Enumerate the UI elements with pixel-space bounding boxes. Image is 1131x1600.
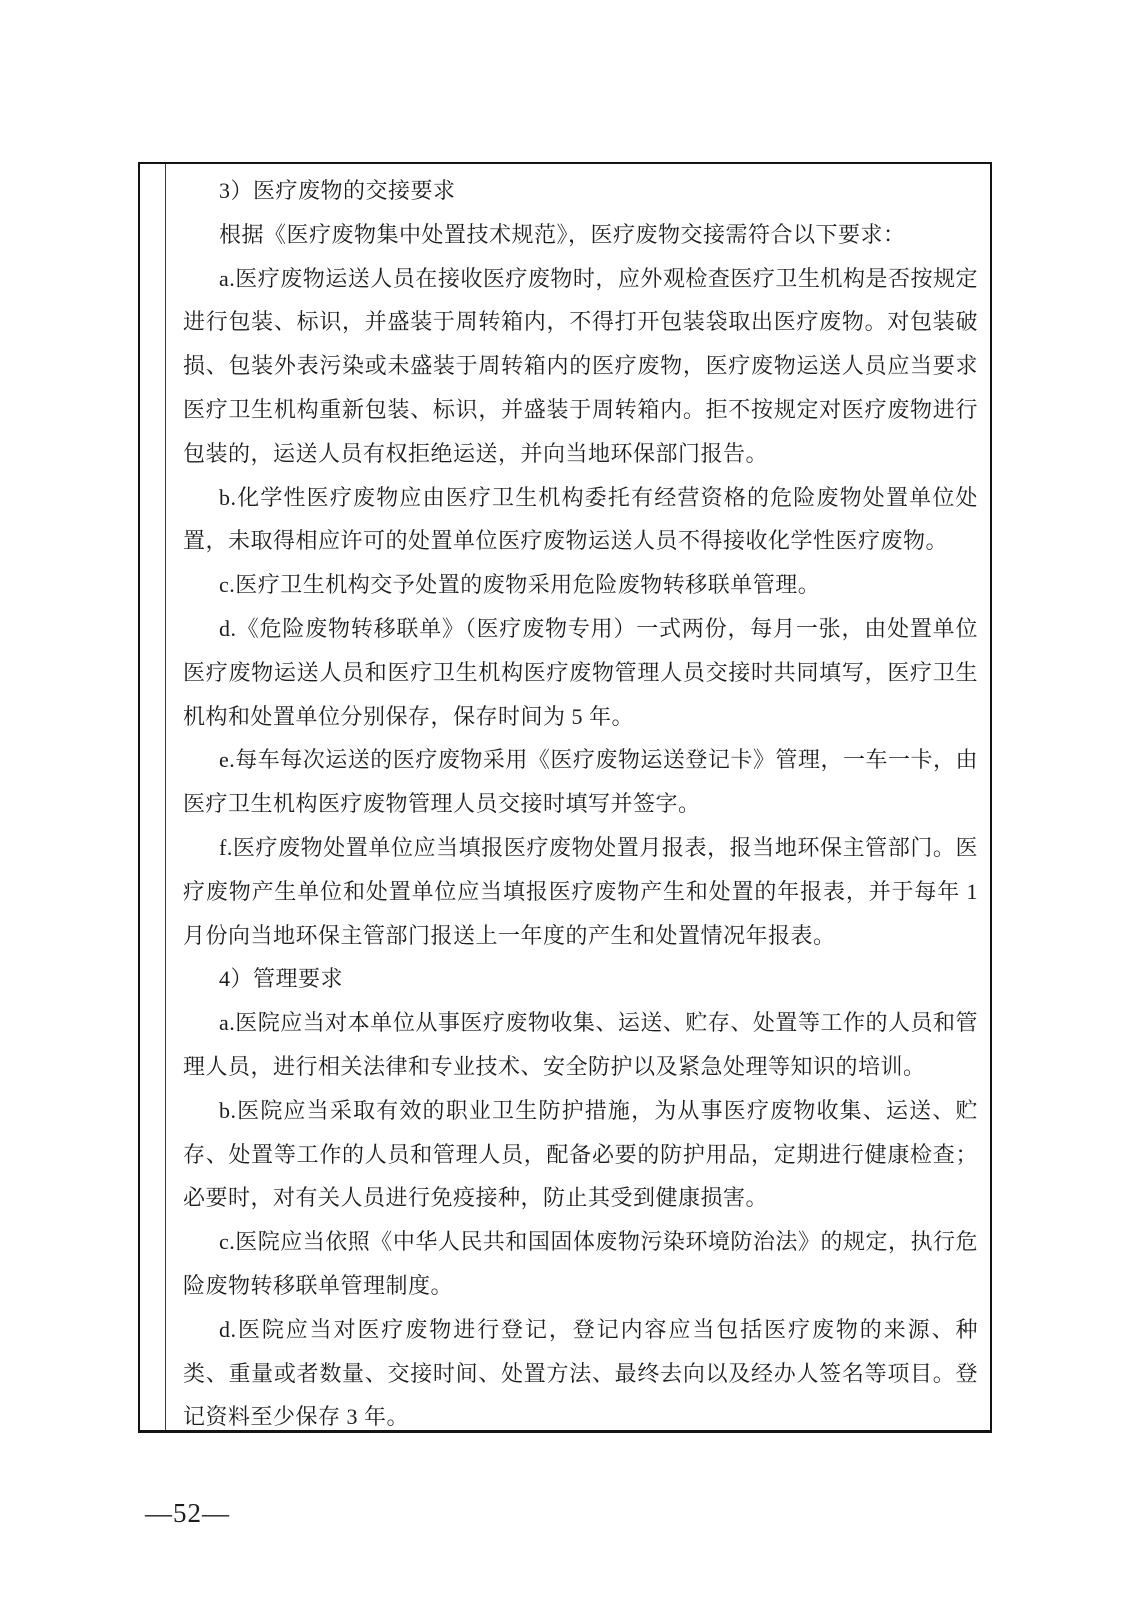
paragraph-management-a: a.医院应当对本单位从事医疗废物收集、运送、贮存、处置等工作的人员和管理人员，进… — [183, 1001, 978, 1089]
paragraph-handover-d: d.《危险废物转移联单》（医疗废物专用）一式两份，每月一张，由处置单位医疗废物运… — [183, 607, 978, 738]
paragraph-handover-heading: 3）医疗废物的交接要求 — [183, 169, 978, 213]
paragraph-handover-c: c.医疗卫生机构交予处置的废物采用危险废物转移联单管理。 — [183, 563, 978, 607]
paragraph-management-d: d.医院应当对医疗废物进行登记，登记内容应当包括医疗废物的来源、种类、重量或者数… — [183, 1308, 978, 1430]
paragraph-handover-e: e.每车每次运送的医疗废物采用《医疗废物运送登记卡》管理，一车一卡，由医疗卫生机… — [183, 738, 978, 826]
paragraph-handover-intro: 根据《医疗废物集中处置技术规范》，医疗废物交接需符合以下要求： — [183, 213, 978, 257]
paragraph-management-heading: 4）管理要求 — [183, 957, 978, 1001]
paragraph-handover-f: f.医疗废物处置单位应当填报医疗废物处置月报表，报当地环保主管部门。医疗废物产生… — [183, 826, 978, 957]
page-number: —52— — [145, 1498, 230, 1529]
paragraph-management-c: c.医院应当依照《中华人民共和国固体废物污染环境防治法》的规定，执行危险废物转移… — [183, 1220, 978, 1308]
paragraph-management-b: b.医院应当采取有效的职业卫生防护措施，为从事医疗废物收集、运送、贮存、处置等工… — [183, 1089, 978, 1220]
content-table: 3）医疗废物的交接要求 根据《医疗废物集中处置技术规范》，医疗废物交接需符合以下… — [138, 162, 992, 1433]
paragraph-handover-a: a.医疗废物运送人员在接收医疗废物时，应外观检查医疗卫生机构是否按规定进行包装、… — [183, 257, 978, 476]
table-content-cell: 3）医疗废物的交接要求 根据《医疗废物集中处置技术规范》，医疗废物交接需符合以下… — [166, 164, 990, 1430]
table-side-cell — [140, 164, 166, 1430]
paragraph-handover-b: b.化学性医疗废物应由医疗卫生机构委托有经营资格的危险废物处置单位处置，未取得相… — [183, 476, 978, 564]
